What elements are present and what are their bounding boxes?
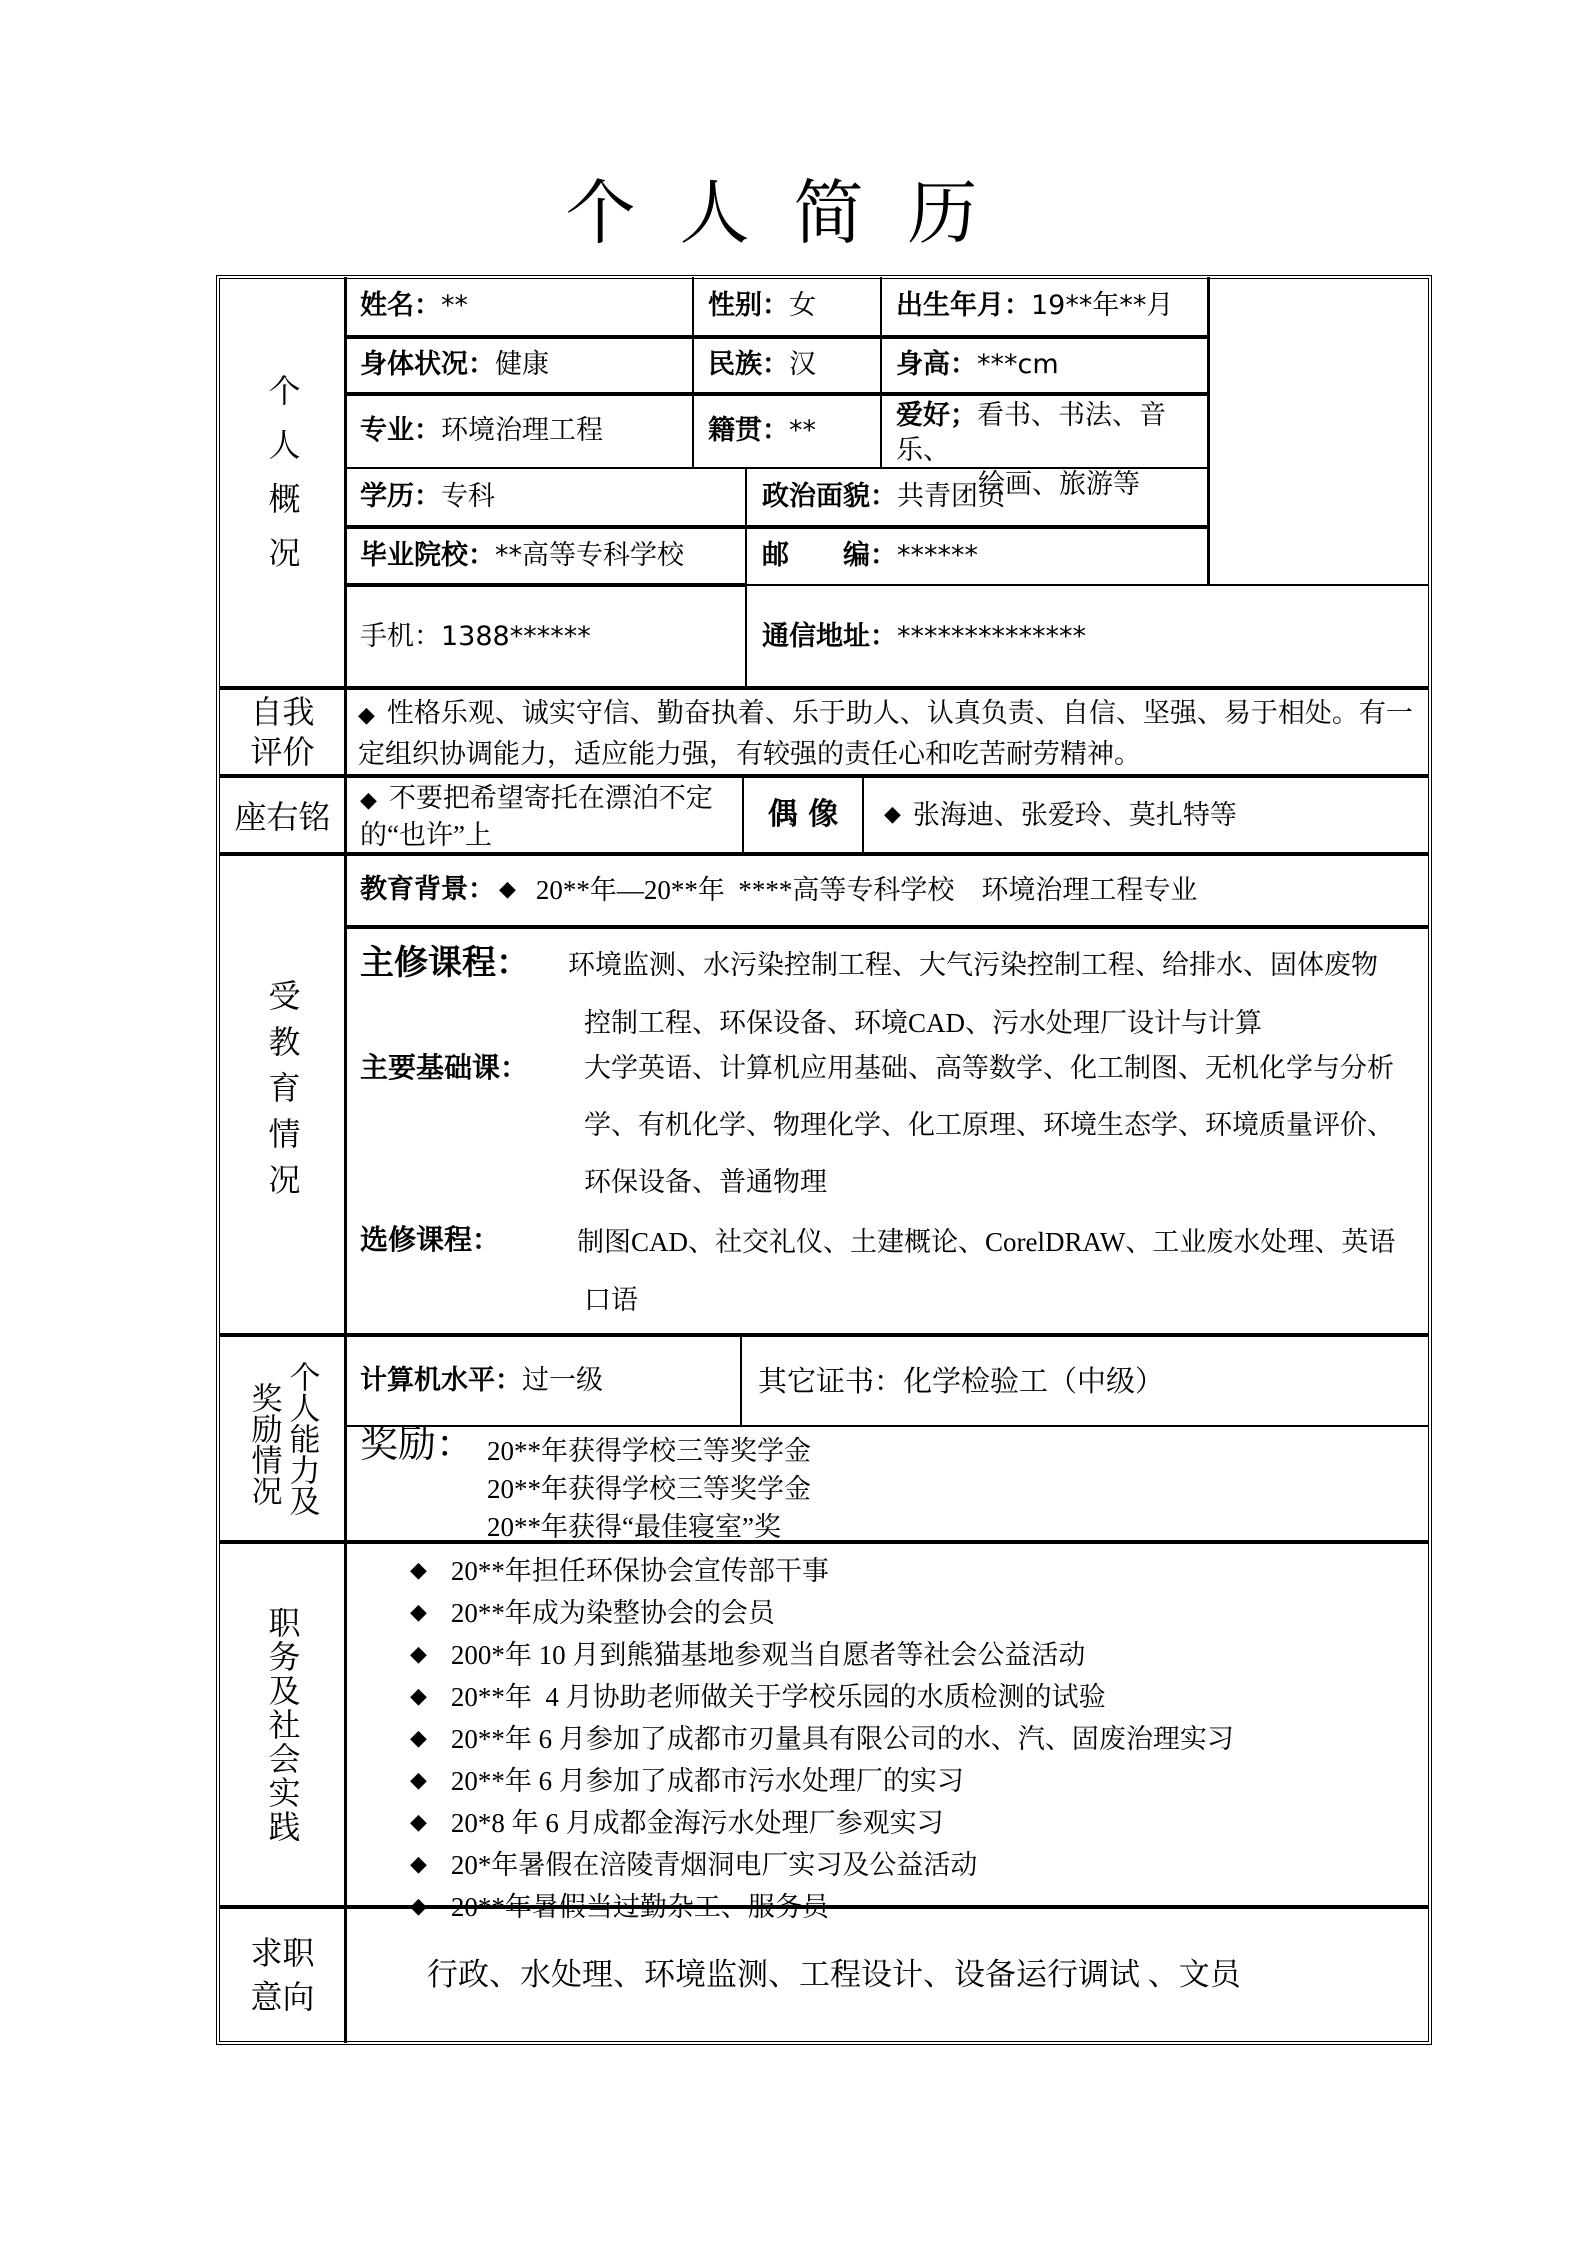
diamond-bullet-icon: ◆: [358, 703, 375, 728]
certificate-field: 其它证书：化学检验工（中级）: [758, 1336, 1418, 1425]
list-item: ◆20**年担任环保协会宣传部干事: [410, 1550, 1234, 1592]
hobbies-field: 爱好；看书、书法、音乐、 绘画、旅游等: [896, 398, 1206, 466]
basic-courses-label: 主要基础课：: [360, 1048, 528, 1088]
section-label-ability: 个人能力及 奖励情况: [220, 1336, 345, 1541]
section-label-personal: 个人概况: [220, 277, 345, 687]
list-item: ◆20*年暑假在涪陵青烟洞电厂实习及公益活动: [410, 1844, 1234, 1886]
health-field: 身体状况：健康: [360, 337, 690, 393]
basic-courses-line3: 环保设备、普通物理: [584, 1162, 827, 1202]
diamond-bullet-icon: ◆: [410, 1550, 427, 1592]
birth-field: 出生年月：19**年**月: [896, 277, 1206, 335]
award-item: 20**年获得“最佳寝室”奖: [487, 1508, 811, 1546]
divider: [745, 468, 747, 687]
diamond-bullet-icon: ◆: [410, 1844, 427, 1886]
political-status-field: 政治面貌：共青团员: [762, 469, 1202, 525]
major-courses-line1: 环境监测、水污染控制工程、大气污染控制工程、给排水、固体废物: [568, 945, 1378, 985]
page-title: 个人简历: [0, 168, 1587, 258]
diamond-bullet-icon: ◆: [410, 1886, 427, 1928]
job-intent-text: 行政、水处理、环境监测、工程设计、设备运行调试 、文员: [427, 1908, 1417, 2042]
hometown-field: 籍贯：**: [708, 395, 878, 467]
award-item: 20**年获得学校三等奖学金: [487, 1470, 811, 1508]
ethnicity-field: 民族：汉: [708, 337, 878, 393]
school-field: 毕业院校：**高等专科学校: [360, 528, 740, 584]
diamond-bullet-icon: ◆: [410, 1760, 427, 1802]
award-item: 20**年获得学校三等奖学金: [487, 1432, 811, 1470]
diamond-bullet-icon: ◆: [499, 873, 516, 907]
divider: [745, 584, 1428, 586]
major-field: 专业：环境治理工程: [360, 395, 690, 467]
diamond-bullet-icon: ◆: [410, 1802, 427, 1844]
education-background: 教育背景： ◆ 20**年—20**年 ****高等专科学校 环境治理工程专业: [360, 855, 1425, 925]
major-courses-line2: 控制工程、环保设备、环境CAD、污水处理厂设计与计算: [584, 1003, 1262, 1043]
diamond-bullet-icon: ◆: [884, 798, 901, 832]
divider: [692, 277, 694, 468]
divider: [880, 277, 882, 468]
self-eval-text: ◆性格乐观、诚实守信、勤奋执着、乐于助人、认真负责、自信、坚强、易于相处。有一定…: [358, 694, 1423, 773]
diamond-bullet-icon: ◆: [410, 1676, 427, 1718]
practice-list: ◆20**年担任环保协会宣传部干事 ◆20**年成为染整协会的会员 ◆200*年…: [410, 1550, 1234, 1928]
elective-courses-line1: 制图CAD、社交礼仪、土建概论、CorelDRAW、工业废水处理、英语: [577, 1222, 1395, 1262]
diamond-bullet-icon: ◆: [410, 1592, 427, 1634]
phone-field: 手机：1388******: [360, 587, 740, 687]
education-level-field: 学历：专科: [360, 469, 740, 525]
major-courses-label: 主修课程：: [360, 938, 530, 988]
photo-placeholder: [1210, 279, 1428, 583]
basic-courses-line1: 大学英语、计算机应用基础、高等数学、化工制图、无机化学与分析: [584, 1048, 1394, 1088]
basic-courses-line2: 学、有机化学、物理化学、化工原理、环境生态学、环境质量评价、: [584, 1105, 1394, 1145]
divider: [740, 1335, 742, 1425]
idol-label: 偶 像: [744, 777, 862, 853]
diamond-bullet-icon: ◆: [410, 1634, 427, 1676]
list-item: ◆20*8 年 6 月成都金海污水处理厂参观实习: [410, 1802, 1234, 1844]
section-label-self-eval: 自我 评价: [220, 689, 345, 775]
diamond-bullet-icon: ◆: [410, 1718, 427, 1760]
divider: [345, 1425, 1428, 1427]
awards-list: 20**年获得学校三等奖学金 20**年获得学校三等奖学金 20**年获得“最佳…: [487, 1432, 811, 1546]
section-label-job-intent: 求职 意向: [220, 1908, 345, 2042]
height-field: 身高：***cm: [896, 337, 1206, 393]
elective-courses-label: 选修课程：: [360, 1220, 500, 1260]
name-field: 姓名：**: [360, 277, 690, 335]
section-label-education: 受教育情况: [220, 855, 345, 1333]
list-item: ◆20**年 4 月协助老师做关于学校乐园的水质检测的试验: [410, 1676, 1234, 1718]
address-field: 通信地址：**************: [762, 587, 1422, 687]
section-label-practice: 职务及社会实践: [220, 1543, 345, 1906]
list-item: ◆20**年 6 月参加了成都市刃量具有限公司的水、汽、固废治理实习: [410, 1718, 1234, 1760]
motto-text: ◆不要把希望寄托在漂泊不定的“也许”上: [360, 781, 738, 852]
list-item: ◆200*年 10 月到熊猫基地参观当自愿者等社会公益活动: [410, 1634, 1234, 1676]
idol-text: ◆张海迪、张爱玲、莫扎特等: [884, 777, 1424, 853]
divider: [862, 776, 864, 853]
list-item: ◆20**年成为染整协会的会员: [410, 1592, 1234, 1634]
awards-label: 奖励：: [360, 1418, 474, 1470]
computer-level-field: 计算机水平：过一级: [360, 1336, 738, 1425]
divider: [345, 925, 1428, 929]
gender-field: 性别：女: [708, 277, 878, 335]
list-item: ◆20**年 6 月参加了成都市污水处理厂的实习: [410, 1760, 1234, 1802]
postcode-field: 邮 编：******: [762, 528, 1202, 584]
divider: [220, 1540, 1428, 1544]
elective-courses-line2: 口语: [584, 1280, 638, 1320]
section-label-motto: 座右铭: [220, 777, 345, 853]
diamond-bullet-icon: ◆: [360, 788, 377, 813]
